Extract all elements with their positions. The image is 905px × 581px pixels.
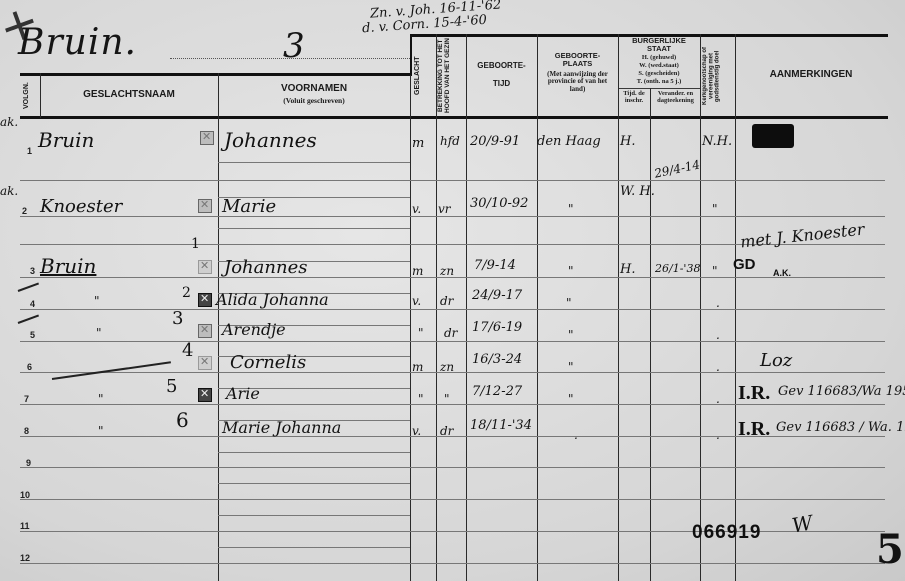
row4-birthdate: 24/9-17 — [472, 288, 522, 303]
row2-sex: v. — [412, 202, 421, 216]
row2-surname: Knoester — [40, 196, 122, 217]
header-voornamen: VOORNAMEN — [218, 84, 410, 95]
row1-religion: N.H. — [702, 134, 732, 149]
sub-line — [218, 515, 410, 516]
header-aanmerkingen: AANMERKINGEN — [735, 70, 887, 81]
row7-given-name: Arie — [226, 384, 260, 403]
strike-line-cornelis — [52, 361, 171, 380]
row4-relation: dr — [440, 294, 453, 308]
row4-religion: . — [716, 296, 720, 310]
row1-remarks-redacted — [752, 124, 794, 148]
row4-surname: " — [94, 294, 100, 308]
row1-checkbox[interactable] — [200, 131, 214, 145]
row-number: 4 — [30, 299, 35, 309]
row-line — [20, 341, 885, 342]
row5-order: 3 — [172, 308, 183, 329]
row-number: 6 — [27, 362, 32, 372]
header-geboorteplaats-2: PLAATS — [537, 60, 618, 68]
row3-given-name: Johannes — [224, 257, 307, 278]
row-line — [20, 563, 885, 564]
registration-card: ✕ Bruin. 3 Zn. v. Joh. 16-11-'62 d. v. C… — [0, 0, 905, 581]
row5-relation: dr — [444, 326, 457, 340]
header-geboortetijd-1: GEBOORTE- — [466, 62, 537, 70]
row5-birthdate: 17/6-19 — [472, 320, 522, 335]
row-number: 10 — [20, 490, 30, 500]
card-number-mark: 3 — [283, 26, 305, 66]
row8-birthdate: 18/11-'34 — [470, 418, 532, 433]
row3-sex: m — [412, 264, 423, 278]
row-number: 12 — [20, 553, 30, 563]
header-betrekking: BETREKKING TOT HET HOOFD VAN HET GEZIN — [438, 38, 464, 114]
row7-relation: " — [444, 392, 450, 406]
row7-surname: " — [98, 392, 104, 406]
row5-religion: . — [716, 328, 720, 342]
row5-birthplace: " — [568, 328, 574, 342]
header-voornamen-sub: (Voluit geschreven) — [218, 97, 410, 105]
row5-checkbox[interactable] — [198, 324, 212, 338]
header-bs-w: W. (wed.staat) — [618, 63, 700, 70]
row8-remarks: Gev 116683 / Wa. 1951 — [776, 420, 905, 435]
strike-mark — [18, 315, 39, 324]
row3-status-change: 26/1-'38 — [655, 262, 700, 275]
row-number: 2 — [22, 206, 27, 216]
bs-subheader-line — [618, 88, 700, 89]
header-geboorteplaats-sub: (Met aanwijzing der provincie of van het… — [541, 71, 614, 93]
row-line — [20, 499, 885, 500]
row8-sex: v. — [412, 424, 421, 438]
row8-order: 6 — [176, 408, 189, 432]
row-number: 8 — [24, 426, 29, 436]
row7-birthdate: 7/12-27 — [472, 384, 522, 399]
row6-sex: m — [412, 360, 423, 374]
header-volgno: VOLGN. — [23, 78, 37, 114]
row1-relation: hfd — [440, 134, 460, 148]
header-bs-verander: Verander. en dagteekening — [651, 91, 700, 105]
row7-remarks: Gev 116683/Wa 1951 — [778, 384, 905, 399]
row1-prefix: ak. — [0, 115, 18, 129]
row8-relation: dr — [440, 424, 453, 438]
serial-number-stamp: 066919 — [692, 522, 761, 544]
row2-status: W. H. — [620, 184, 655, 199]
row2-given-name: Marie — [222, 196, 276, 217]
row6-birthplace: " — [568, 360, 574, 374]
row5-surname: " — [96, 326, 102, 340]
row1-birthplace: den Haag — [537, 134, 601, 149]
row7-order: 5 — [166, 376, 177, 397]
row3-order: 1 — [191, 236, 200, 252]
row6-given-name: Cornelis — [230, 352, 306, 373]
row4-order: 2 — [182, 285, 191, 301]
row-number: 5 — [30, 330, 35, 340]
row1-surname: Bruin — [38, 128, 94, 152]
sub-line — [218, 547, 410, 548]
header-geboortetijd-2: TIJD — [466, 80, 537, 88]
header-burgerlijke-staat: BURGERLIJKE STAAT — [622, 37, 696, 53]
row7-checkbox[interactable] — [198, 388, 212, 402]
row7-sex: " — [418, 392, 424, 406]
row6-checkbox[interactable] — [198, 356, 212, 370]
row3-stamp-gd: GD — [733, 256, 756, 273]
row-line — [20, 216, 885, 217]
row2-birthdate: 30/10-92 — [470, 196, 528, 211]
row6-religion: . — [716, 360, 720, 374]
sub-line — [218, 483, 410, 484]
row3-birthdate: 7/9-14 — [474, 258, 516, 273]
row7-religion: . — [716, 392, 720, 406]
row1-status: H. — [620, 134, 635, 149]
row8-surname: " — [98, 424, 104, 438]
row1-given-name: Johannes — [224, 128, 317, 152]
row-number: 9 — [26, 458, 31, 468]
row5-given-name: Arendje — [222, 320, 286, 339]
row3-relation: zn — [440, 264, 454, 278]
row2-checkbox[interactable] — [198, 199, 212, 213]
col-line-geslacht — [410, 75, 411, 581]
corner-mark: 5 — [876, 526, 904, 573]
row3-stamp-ak: A.K. — [773, 268, 791, 278]
sub-line — [218, 228, 410, 229]
row7-birthplace: " — [568, 392, 574, 406]
row2-birthplace: " — [568, 202, 574, 216]
row8-given-name: Marie Johanna — [222, 418, 341, 437]
header-step-border — [410, 34, 412, 75]
row7-stamp-ir: I.R. — [738, 382, 770, 405]
row8-birthplace: . — [574, 428, 578, 442]
row6-order: 4 — [182, 340, 193, 361]
row4-given-name: Alida Johanna — [216, 290, 329, 309]
row-number: 1 — [27, 146, 32, 156]
row1-status-change: 29/4-14 — [653, 157, 701, 180]
row1-birthdate: 20/9-91 — [470, 134, 520, 149]
header-top-border-left — [20, 73, 412, 76]
header-bottom-border — [20, 116, 888, 119]
row4-sex: v. — [412, 294, 421, 308]
header-geslachtsnaam: GESLACHTSNAAM — [40, 90, 218, 101]
row-number: 11 — [20, 521, 30, 531]
row2-religion: " — [712, 202, 718, 216]
row3-checkbox[interactable] — [198, 260, 212, 274]
title-dotted-line — [170, 58, 410, 59]
row5-sex: " — [418, 326, 424, 340]
header-geslacht: GESLACHT — [414, 40, 432, 112]
row6-relation: zn — [440, 360, 454, 374]
row-number: 7 — [24, 394, 29, 404]
row-line — [20, 309, 885, 310]
sub-line — [218, 452, 410, 453]
strike-mark — [18, 283, 39, 292]
family-surname-title: Bruin. — [18, 22, 137, 63]
row3-surname: Bruin — [40, 254, 96, 278]
header-bs-t: T. (onth. na 5 j.) — [618, 79, 700, 86]
row3-status: H. — [620, 262, 635, 277]
row4-birthplace: " — [566, 296, 572, 310]
row8-religion: . — [716, 428, 720, 442]
col-line-voornamen — [218, 73, 219, 581]
row6-remarks: Loz — [760, 350, 792, 371]
row3-birthplace: " — [568, 264, 574, 278]
row8-stamp-ir: I.R. — [738, 418, 770, 441]
row2-relation: vr — [438, 202, 451, 216]
row3-remarks: met J. Knoester — [739, 220, 865, 252]
col-line-bs-sub — [650, 88, 651, 581]
row6-birthdate: 16/3-24 — [472, 352, 522, 367]
row2-prefix: ak. — [0, 184, 18, 198]
header-bs-s: S. (gescheiden) — [618, 71, 700, 78]
row-line — [20, 180, 885, 181]
row-line — [20, 467, 885, 468]
header-kerkgenootschap: Kerkgenootschap of vereeniging met godsd… — [702, 38, 732, 114]
row1-sex: m — [412, 136, 424, 151]
row4-checkbox[interactable] — [198, 293, 212, 307]
row3-religion: " — [712, 264, 718, 278]
row-number: 3 — [30, 266, 35, 276]
header-bs-tijd: Tijd. de inschr. — [619, 91, 649, 105]
initials-signature: W — [790, 510, 814, 537]
header-bs-h: H. (gehuwd) — [618, 55, 700, 62]
sub-line — [218, 162, 410, 163]
